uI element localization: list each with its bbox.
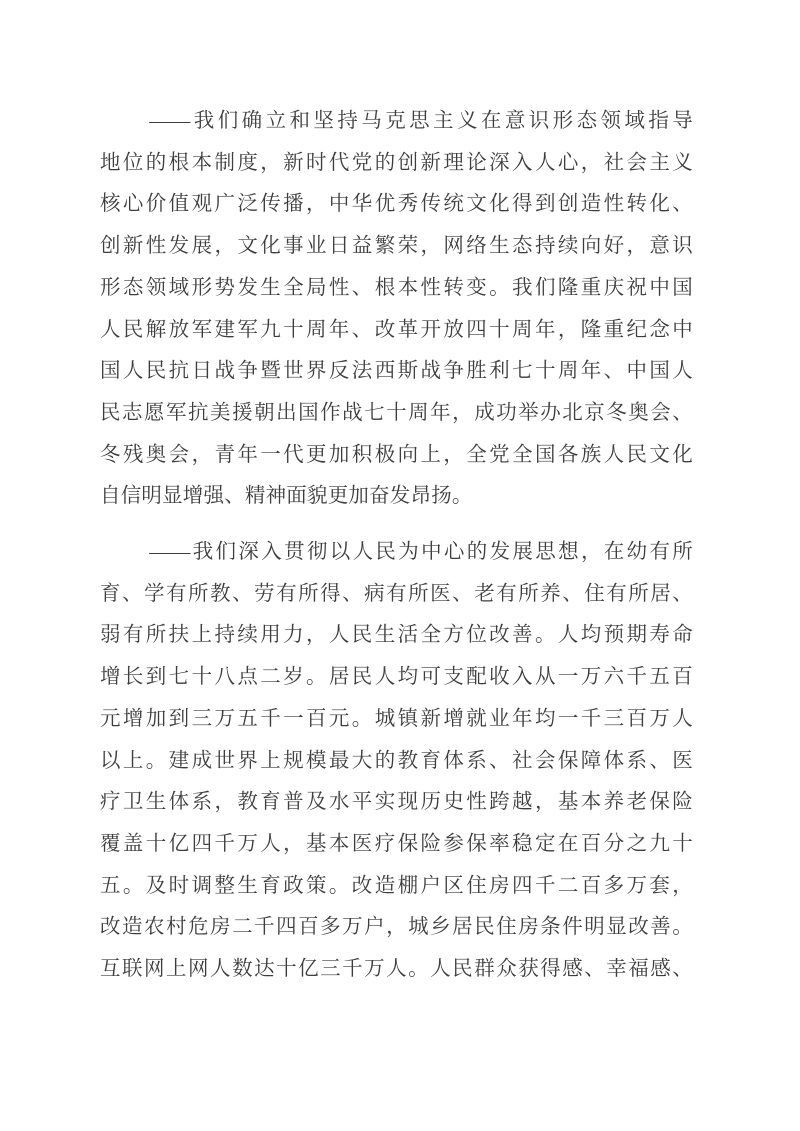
text-line: 核心价值观广泛传播，中华优秀传统文化得到创造性转化、 <box>100 184 693 226</box>
text-line: 国人民抗日战争暨世界反法西斯战争胜利七十周年、中国人 <box>100 351 693 393</box>
text-line: 元增加到三万五千一百元。城镇新增就业年均一千三百万人 <box>100 699 693 741</box>
text-line: 创新性发展，文化事业日益繁荣，网络生态持续向好，意识 <box>100 226 693 268</box>
text-line: 冬残奥会，青年一代更加积极向上，全党全国各族人民文化 <box>100 435 693 477</box>
text-line: 覆盖十亿四千万人，基本医疗保险参保率稳定在百分之九十 <box>100 824 693 866</box>
text-line: 形态领域形势发生全局性、根本性转变。我们隆重庆祝中国 <box>100 268 693 310</box>
text-line: 弱有所扶上持续用力，人民生活全方位改善。人均预期寿命 <box>100 615 693 657</box>
text-line: 育、学有所教、劳有所得、病有所医、老有所养、住有所居、 <box>100 574 693 616</box>
text-line: ——我们深入贯彻以人民为中心的发展思想，在幼有所 <box>100 532 693 574</box>
text-line: 自信明显增强、精神面貌更加奋发昂扬。 <box>100 476 693 518</box>
document-page: ——我们确立和坚持马克思主义在意识形态领域指导 地位的根本制度，新时代党的创新理… <box>0 0 800 1131</box>
text-line: ——我们确立和坚持马克思主义在意识形态领域指导 <box>100 101 693 143</box>
paragraph-livelihood: ——我们深入贯彻以人民为中心的发展思想，在幼有所 育、学有所教、劳有所得、病有所… <box>100 532 693 991</box>
text-line: 互联网上网人数达十亿三千万人。人民群众获得感、幸福感、 <box>100 949 693 991</box>
text-line: 增长到七十八点二岁。居民人均可支配收入从一万六千五百 <box>100 657 693 699</box>
text-line: 疗卫生体系，教育普及水平实现历史性跨越，基本养老保险 <box>100 782 693 824</box>
text-line: 以上。建成世界上规模最大的教育体系、社会保障体系、医 <box>100 741 693 783</box>
text-line: 民志愿军抗美援朝出国作战七十周年，成功举办北京冬奥会、 <box>100 393 693 435</box>
text-line: 改造农村危房二千四百多万户，城乡居民住房条件明显改善。 <box>100 907 693 949</box>
paragraph-ideology: ——我们确立和坚持马克思主义在意识形态领域指导 地位的根本制度，新时代党的创新理… <box>100 101 693 518</box>
text-line: 人民解放军建军九十周年、改革开放四十周年，隆重纪念中 <box>100 310 693 352</box>
text-line: 五。及时调整生育政策。改造棚户区住房四千二百多万套， <box>100 866 693 908</box>
text-line: 地位的根本制度，新时代党的创新理论深入人心，社会主义 <box>100 143 693 185</box>
